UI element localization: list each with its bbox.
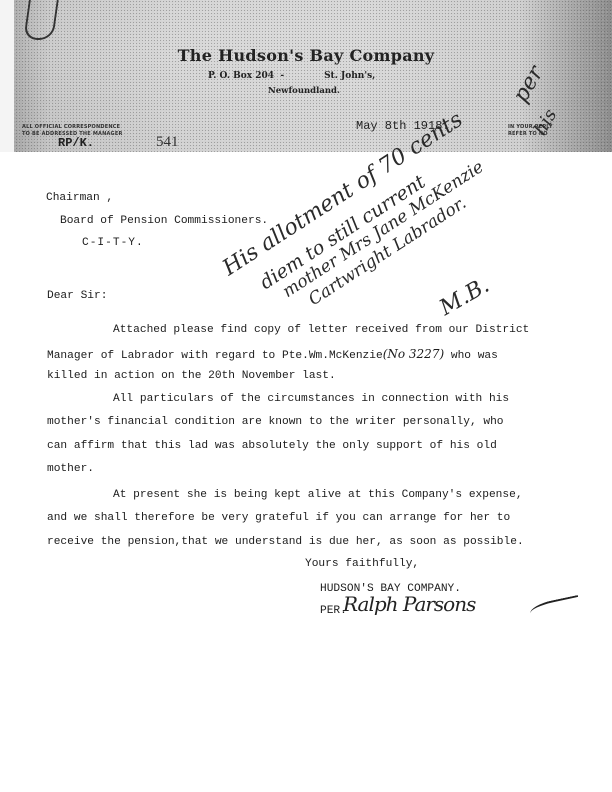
body-line: and we shall therefore be very grateful … [47, 512, 510, 524]
address-separator: - [280, 71, 284, 81]
body-text: Attached please find copy of letter rece… [113, 324, 529, 336]
body-line: At present she is being kept alive at th… [47, 489, 523, 501]
recipient-organization: Board of Pension Commissioners. [60, 215, 268, 227]
body-line: Attached please find copy of letter rece… [47, 324, 529, 336]
body-line: mother's financial condition are known t… [47, 416, 504, 428]
salutation: Dear Sir: [47, 290, 107, 302]
handwritten-initials: M.B. [436, 273, 494, 321]
body-line: receive the pension,that we understand i… [47, 536, 524, 548]
company-address: P. O. Box 204 -St. John's, [208, 71, 375, 81]
signature-flourish [529, 595, 581, 621]
company-name: The Hudson's Bay Company [0, 46, 612, 65]
body-line: All particulars of the circumstances in … [47, 393, 509, 405]
body-text: who was [444, 350, 498, 362]
signature: Ralph Parsons [343, 592, 475, 616]
province: Newfoundland. [268, 86, 340, 96]
valediction: Yours faithfully, [305, 558, 419, 570]
body-text: All particulars of the circumstances in … [113, 393, 509, 405]
body-text: At present she is being kept alive at th… [113, 489, 523, 501]
body-line: can affirm that this lad was absolutely … [47, 440, 497, 452]
reference-number: 541 [156, 134, 179, 151]
page-edge [0, 0, 14, 152]
po-box: P. O. Box 204 [208, 71, 274, 81]
body-line: killed in action on the 20th November la… [47, 370, 336, 382]
city: St. John's, [324, 71, 375, 81]
recipient-city: C-I-T-Y. [82, 237, 144, 249]
reference-code: RP/K. [58, 136, 94, 150]
notice-line: ALL OFFICIAL CORRESPONDENCE [22, 124, 123, 131]
handwritten-regimental-number: (No 3227) [383, 347, 444, 361]
body-line: Manager of Labrador with regard to Pte.W… [47, 347, 498, 362]
body-line: mother. [47, 463, 94, 475]
recipient-title: Chairman , [46, 192, 113, 204]
body-text: Manager of Labrador with regard to Pte.W… [47, 350, 383, 362]
